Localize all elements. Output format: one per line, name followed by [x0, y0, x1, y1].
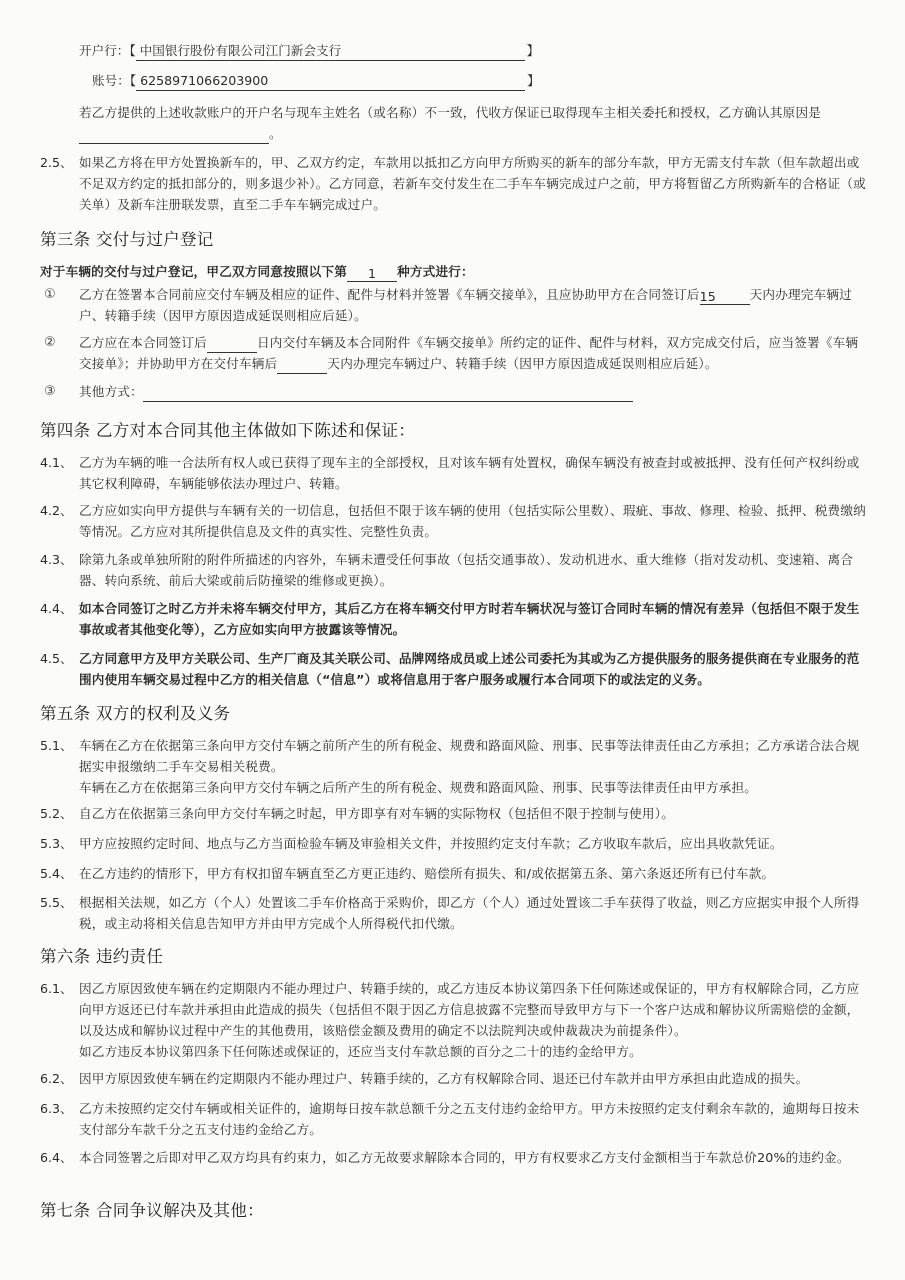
- clause-text: 如果乙方将在甲方处置换新车的，甲、乙双方约定，车款用以抵扣乙方向甲方所购买的新车…: [79, 152, 870, 215]
- clause-text: 甲方应按照约定时间、地点与乙方当面检验车辆及审验相关文件，并按照约定支付车款；乙…: [79, 833, 870, 854]
- clause-number: 4.4、: [40, 598, 78, 619]
- clause-6-4: 6.4、 本合同签署之后即对甲乙双方均具有约束力，如乙方无故要求解除本合同的，甲…: [40, 1147, 870, 1168]
- clause-5-1: 5.1、 车辆在乙方在依据第三条向甲方交付车辆之前所产生的所有税金、规费和路面风…: [40, 735, 870, 798]
- clause-number: 6.3、: [40, 1098, 78, 1119]
- article-4-heading: 第四条 乙方对本合同其他主体做如下陈述和保证：: [40, 420, 415, 442]
- clause-4-3: 4.3、 除第九条或单独所附的附件所描述的内容外，车辆未遭受任何事故（包括交通事…: [40, 549, 870, 591]
- account-number-row: 账号：【6258971066203900】: [92, 70, 540, 91]
- bank-name-close-bracket: 】: [527, 40, 540, 61]
- article-7-heading: 第七条 合同争议解决及其他：: [40, 1200, 264, 1222]
- bank-name-label: 开户行：【: [79, 40, 136, 61]
- transfer-days-field[interactable]: 15: [700, 286, 750, 305]
- account-number-label: 账号：【: [92, 70, 136, 91]
- option-1-text-before: 乙方在签署本合同前应交付车辆及相应的证件、配件与材料并签署《车辆交接单》，且应协…: [79, 287, 700, 302]
- clause-text: 车辆在乙方在依据第三条向甲方交付车辆之前所产生的所有税金、规费和路面风险、刑事、…: [79, 735, 870, 777]
- option-number: ①: [44, 284, 64, 305]
- clause-6-2: 6.2、 因甲方原因致使车辆在约定期限内不能办理过户、转籍手续的，乙方有权解除合…: [40, 1068, 870, 1089]
- clause-text: 因乙方原因致使车辆在约定期限内不能办理过户、转籍手续的，或乙方违反本协议第四条下…: [79, 978, 870, 1041]
- clause-6-3: 6.3、 乙方未按照约定交付车辆或相关证件的，逾期每日按车款总额千分之五支付违约…: [40, 1098, 870, 1140]
- clause-text: 乙方应如实向甲方提供与车辆有关的一切信息，包括但不限于该车辆的使用（包括实际公里…: [79, 500, 870, 542]
- clause-number: 4.5、: [40, 648, 78, 669]
- clause-text: 根据相关法规，如乙方（个人）处置该二手车价格高于采购价，即乙方（个人）通过处置该…: [79, 892, 870, 934]
- article-5-heading: 第五条 双方的权利及义务: [40, 703, 230, 725]
- clause-number: 5.2、: [40, 803, 78, 824]
- clause-4-4: 4.4、 如本合同签订之时乙方并未将车辆交付甲方，其后乙方在将车辆交付甲方时若车…: [40, 598, 870, 640]
- clause-text-continued: 车辆在乙方在依据第三条向甲方交付车辆之后所产生的所有税金、规费和路面风险、刑事、…: [79, 777, 870, 798]
- clause-text: 自乙方在依据第三条向甲方交付车辆之时起，甲方即享有对车辆的实际物权（包括但不限于…: [79, 803, 870, 824]
- intro-text-before: 对于车辆的交付与过户登记，甲乙双方同意按照以下第: [40, 264, 347, 279]
- clause-6-1: 6.1、 因乙方原因致使车辆在约定期限内不能办理过户、转籍手续的，或乙方违反本协…: [40, 978, 870, 1062]
- clause-number: 4.1、: [40, 452, 78, 473]
- delivery-option-2: ② 乙方应在本合同签订后日内交付车辆及本合同附件《车辆交接单》所约定的证件、配件…: [44, 332, 870, 374]
- other-method-field[interactable]: [143, 383, 633, 402]
- account-number-close-bracket: 】: [527, 70, 540, 91]
- clause-number: 6.2、: [40, 1068, 78, 1089]
- delivery-days-field[interactable]: [207, 334, 257, 353]
- article-3-intro: 对于车辆的交付与过户登记，甲乙双方同意按照以下第1种方式进行：: [40, 261, 474, 282]
- account-number-field[interactable]: 6258971066203900: [136, 70, 525, 91]
- option-number: ②: [44, 332, 64, 353]
- option-text: 其他方式：: [79, 381, 870, 402]
- transfer-days-after-delivery-field[interactable]: [277, 355, 327, 374]
- clause-number: 5.3、: [40, 833, 78, 854]
- clause-number: 4.3、: [40, 549, 78, 570]
- clause-number: 4.2、: [40, 500, 78, 521]
- account-mismatch-text: 若乙方提供的上述收款账户的开户名与现车主姓名（或名称）不一致，代收方保证已取得现…: [79, 105, 821, 120]
- option-text: 乙方在签署本合同前应交付车辆及相应的证件、配件与材料并签署《车辆交接单》，且应协…: [79, 284, 870, 326]
- option-text: 乙方应在本合同签订后日内交付车辆及本合同附件《车辆交接单》所约定的证件、配件与材…: [79, 332, 870, 374]
- clause-text: 除第九条或单独所附的附件所描述的内容外，车辆未遭受任何事故（包括交通事故）、发动…: [79, 549, 870, 591]
- article-6-heading: 第六条 违约责任: [40, 946, 163, 968]
- clause-2-5: 2.5、 如果乙方将在甲方处置换新车的，甲、乙双方约定，车款用以抵扣乙方向甲方所…: [40, 152, 870, 215]
- clause-text: 如本合同签订之时乙方并未将车辆交付甲方，其后乙方在将车辆交付甲方时若车辆状况与签…: [79, 598, 870, 640]
- clause-number: 2.5、: [40, 152, 78, 173]
- clause-text: 本合同签署之后即对甲乙双方均具有约束力，如乙方无故要求解除本合同的，甲方有权要求…: [79, 1147, 870, 1168]
- method-number-field[interactable]: 1: [347, 263, 397, 282]
- intro-text-after: 种方式进行：: [397, 264, 474, 279]
- bank-name-row: 开户行：【中国银行股份有限公司江门新会支行】: [79, 40, 539, 61]
- clause-text-continued: 如乙方违反本协议第四条下任何陈述或保证的，还应当支付车款总额的百分之二十的违约金…: [79, 1041, 870, 1062]
- clause-5-2: 5.2、 自乙方在依据第三条向甲方交付车辆之时起，甲方即享有对车辆的实际物权（包…: [40, 803, 870, 824]
- delivery-option-3: ③ 其他方式：: [44, 381, 870, 402]
- clause-number: 6.1、: [40, 978, 78, 999]
- clause-text: 乙方为车辆的唯一合法所有权人或已获得了现车主的全部授权，且对该车辆有处置权，确保…: [79, 452, 870, 494]
- clause-text: 乙方未按照约定交付车辆或相关证件的，逾期每日按车款总额千分之五支付违约金给甲方。…: [79, 1098, 870, 1140]
- clause-number: 5.1、: [40, 735, 78, 756]
- clause-4-2: 4.2、 乙方应如实向甲方提供与车辆有关的一切信息，包括但不限于该车辆的使用（包…: [40, 500, 870, 542]
- clause-number: 5.5、: [40, 892, 78, 913]
- delivery-option-1: ① 乙方在签署本合同前应交付车辆及相应的证件、配件与材料并签署《车辆交接单》，且…: [44, 284, 870, 326]
- other-method-label: 其他方式：: [79, 384, 143, 399]
- clause-text: 乙方同意甲方及甲方关联公司、生产厂商及其关联公司、品牌网络成员或上述公司委托为其…: [79, 648, 870, 690]
- account-mismatch-paragraph: 若乙方提供的上述收款账户的开户名与现车主姓名（或名称）不一致，代收方保证已取得现…: [79, 102, 869, 144]
- clause-4-5: 4.5、 乙方同意甲方及甲方关联公司、生产厂商及其关联公司、品牌网络成员或上述公…: [40, 648, 870, 690]
- clause-number: 5.4、: [40, 863, 78, 884]
- clause-4-1: 4.1、 乙方为车辆的唯一合法所有权人或已获得了现车主的全部授权，且对该车辆有处…: [40, 452, 870, 494]
- article-3-heading: 第三条 交付与过户登记: [40, 229, 214, 251]
- clause-text: 因甲方原因致使车辆在约定期限内不能办理过户、转籍手续的，乙方有权解除合同、退还已…: [79, 1068, 870, 1089]
- mismatch-period: 。: [269, 126, 282, 141]
- clause-5-4: 5.4、 在乙方违约的情形下，甲方有权扣留车辆直至乙方更正违约、赔偿所有损失、和…: [40, 863, 870, 884]
- option-number: ③: [44, 381, 64, 402]
- clause-5-3: 5.3、 甲方应按照约定时间、地点与乙方当面检验车辆及审验相关文件，并按照约定支…: [40, 833, 870, 854]
- option-2-text-1: 乙方应在本合同签订后: [79, 335, 207, 350]
- option-2-text-3: 天内办理完车辆过户、转籍手续（因甲方原因造成延误则相应后延）。: [327, 356, 717, 371]
- bank-name-field[interactable]: 中国银行股份有限公司江门新会支行: [136, 40, 525, 61]
- clause-number: 6.4、: [40, 1147, 78, 1168]
- mismatch-reason-field[interactable]: [79, 125, 269, 144]
- clause-5-5: 5.5、 根据相关法规，如乙方（个人）处置该二手车价格高于采购价，即乙方（个人）…: [40, 892, 870, 934]
- contract-page: 开户行：【中国银行股份有限公司江门新会支行】 账号：【6258971066203…: [0, 0, 905, 1280]
- clause-text: 在乙方违约的情形下，甲方有权扣留车辆直至乙方更正违约、赔偿所有损失、和/或依据第…: [79, 863, 870, 884]
